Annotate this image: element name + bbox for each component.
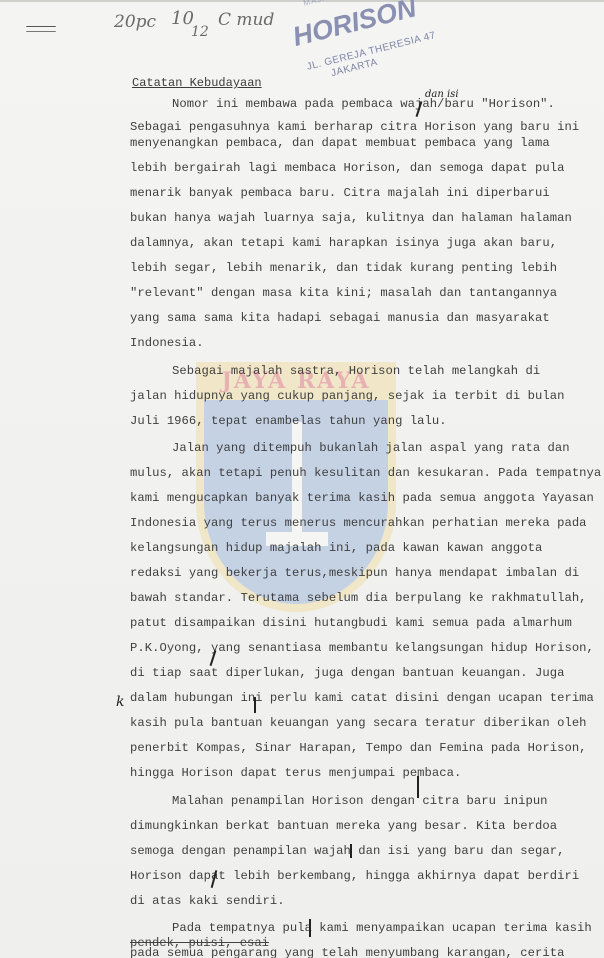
insert-caret-icon: [309, 919, 311, 937]
text-line: bukan hanya wajah luarnya saja, kulitnya…: [130, 211, 572, 225]
handwritten-note: C mud: [218, 10, 274, 30]
text-line: jalan hidupnya yang cukup panjang, sejak…: [130, 389, 564, 403]
text-line: "relevant" dengan masa kita kini; masala…: [130, 286, 557, 300]
text-line: Jalan yang ditempuh bukanlah jalan aspal…: [172, 441, 570, 455]
text-line: semoga dengan penampilan wajah dan isi y…: [130, 844, 564, 858]
text-line: Nomor ini membawa pada pembaca wajah/bar…: [172, 97, 555, 111]
text-line: mulus, akan tetapi penuh kesulitan dan k…: [130, 466, 601, 480]
text-line: redaksi yang bekerja terus,meskipun hany…: [130, 566, 579, 580]
text-line: lebih bergairah lagi membaca Horison, da…: [130, 161, 564, 175]
text-line: Indonesia yang terus menerus mencurahkan…: [130, 516, 587, 530]
margin-annotation: k: [116, 694, 124, 710]
text-line: P.K.Oyong, yang senantiasa membantu kela…: [130, 641, 594, 655]
text-line: menarik banyak pembaca baru. Citra majal…: [130, 186, 550, 200]
text-line: dalamnya, akan tetapi kami harapkan isin…: [130, 236, 557, 250]
text-line: Malahan penampilan Horison dengan citra …: [172, 794, 548, 808]
text-line: Sebagai majalah sastra, Horison telah me…: [172, 364, 540, 378]
insert-caret-icon: [417, 776, 419, 798]
text-line: Sebagai pengasuhnya kami berharap citra …: [130, 120, 579, 134]
document-heading: Catatan Kebudayaan: [132, 76, 262, 90]
text-line: Pada tempatnya pula kami menyampaikan uc…: [172, 921, 592, 935]
text-line: penerbit Kompas, Sinar Harapan, Tempo da…: [130, 741, 587, 755]
text-line: Horison dapat lebih berkembang, hingga a…: [130, 869, 579, 883]
text-line: Juli 1966, tepat enambelas tahun yang la…: [130, 414, 447, 428]
horison-stamp: MAJALAH HORISON JL. GEREJA THERESIA 47 J…: [282, 0, 449, 87]
text-line: Indonesia.: [130, 336, 204, 350]
stamp-top-text: MAJALAH: [302, 0, 347, 8]
text-line: di tiap saat diperlukan, juga dengan ban…: [130, 666, 564, 680]
document-page: 20pc 10 12 C mud MAJALAH HORISON JL. GER…: [0, 0, 604, 958]
struck-line: pendek, puisi, esai: [130, 936, 269, 950]
text-line: dalam hubungan ini perlu kami catat disi…: [130, 691, 594, 705]
text-line: hingga Horison dapat terus menjumpai pem…: [130, 766, 461, 780]
handwritten-note: 12: [191, 24, 209, 40]
text-line: dimungkinkan berkat bantuan mereka yang …: [130, 819, 557, 833]
text-line: lebih segar, lebih menarik, dan tidak ku…: [130, 261, 557, 275]
handwritten-note: 20pc: [114, 12, 156, 32]
text-line: patut disampaikan disini hutangbudi kami…: [130, 616, 572, 630]
text-line: kelangsungan hidup majalah ini, pada kaw…: [130, 541, 542, 555]
text-line: kami mengucapkan banyak terima kasih pad…: [130, 491, 594, 505]
text-line: yang sama sama kita hadapi sebagai manus…: [130, 311, 550, 325]
insert-caret-icon: [254, 697, 256, 713]
arrow-mark-icon: [26, 26, 56, 32]
text-line: bawah standar. Terutama sebelum dia berp…: [130, 591, 587, 605]
text-line: kasih pula bantuan keuangan yang secara …: [130, 716, 587, 730]
insert-caret-icon: [350, 844, 352, 858]
text-line: di atas kaki sendiri.: [130, 894, 285, 908]
text-line: menyenangkan pembaca, dan dapat membuat …: [130, 136, 550, 150]
